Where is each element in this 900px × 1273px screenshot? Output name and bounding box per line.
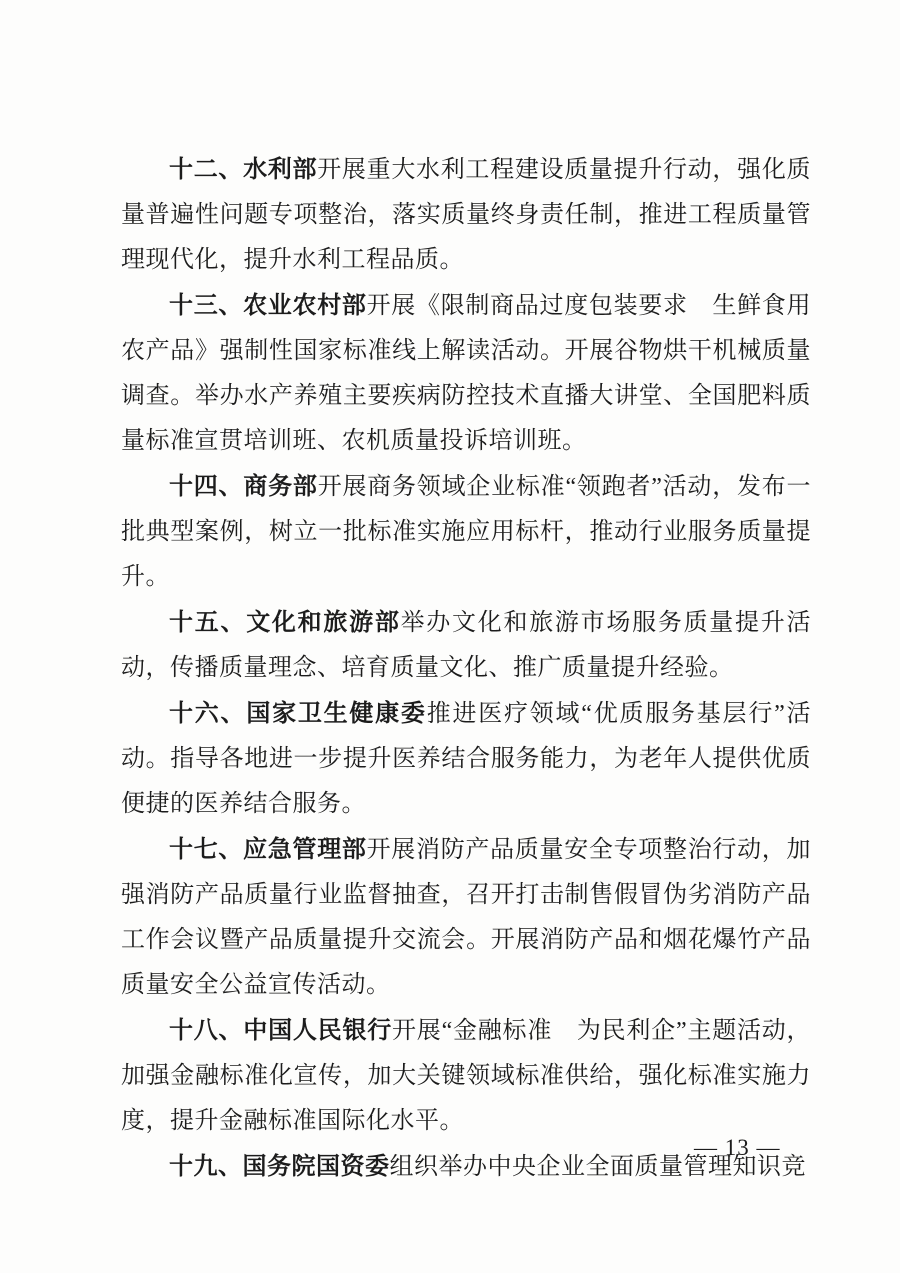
paragraph-12-agency: 水利部	[243, 156, 317, 183]
paragraph-13-number: 十三、	[169, 292, 243, 319]
paragraph-13-agency: 农业农村部	[243, 292, 367, 319]
paragraph-19-agency: 国务院国资委	[243, 1153, 390, 1180]
paragraph-18: 十八、中国人民银行开展“金融标准 为民利企”主题活动，加强金融标准化宣传，加大关…	[121, 1008, 811, 1144]
paragraph-14: 十四、商务部开展商务领域企业标准“领跑者”活动，发布一批典型案例，树立一批标准实…	[121, 464, 811, 600]
paragraph-16-number: 十六、	[169, 700, 246, 727]
page-number: — 13 —	[694, 1133, 781, 1163]
paragraph-15-number: 十五、	[169, 609, 246, 636]
paragraph-19-number: 十九、	[169, 1153, 243, 1180]
paragraph-12: 十二、水利部开展重大水利工程建设质量提升行动，强化质量普遍性问题专项整治，落实质…	[121, 147, 811, 283]
paragraph-12-number: 十二、	[169, 156, 243, 183]
paragraph-18-agency: 中国人民银行	[243, 1017, 392, 1044]
paragraph-17-agency: 应急管理部	[243, 836, 367, 863]
paragraph-13: 十三、农业农村部开展《限制商品过度包装要求 生鲜食用农产品》强制性国家标准线上解…	[121, 283, 811, 464]
paragraph-16: 十六、国家卫生健康委推进医疗领域“优质服务基层行”活动。指导各地进一步提升医养结…	[121, 691, 811, 827]
paragraph-15: 十五、文化和旅游部举办文化和旅游市场服务质量提升活动，传播质量理念、培育质量文化…	[121, 600, 811, 691]
paragraph-14-number: 十四、	[169, 473, 243, 500]
document-page: 十二、水利部开展重大水利工程建设质量提升行动，强化质量普遍性问题专项整治，落实质…	[0, 0, 900, 1273]
paragraph-17: 十七、应急管理部开展消防产品质量安全专项整治行动，加强消防产品质量行业监督抽查，…	[121, 827, 811, 1008]
document-body: 十二、水利部开展重大水利工程建设质量提升行动，强化质量普遍性问题专项整治，落实质…	[121, 147, 811, 1190]
paragraph-14-agency: 商务部	[243, 473, 317, 500]
paragraph-18-number: 十八、	[169, 1017, 243, 1044]
paragraph-17-number: 十七、	[169, 836, 243, 863]
paragraph-15-agency: 文化和旅游部	[246, 609, 400, 636]
paragraph-16-agency: 国家卫生健康委	[246, 700, 426, 727]
